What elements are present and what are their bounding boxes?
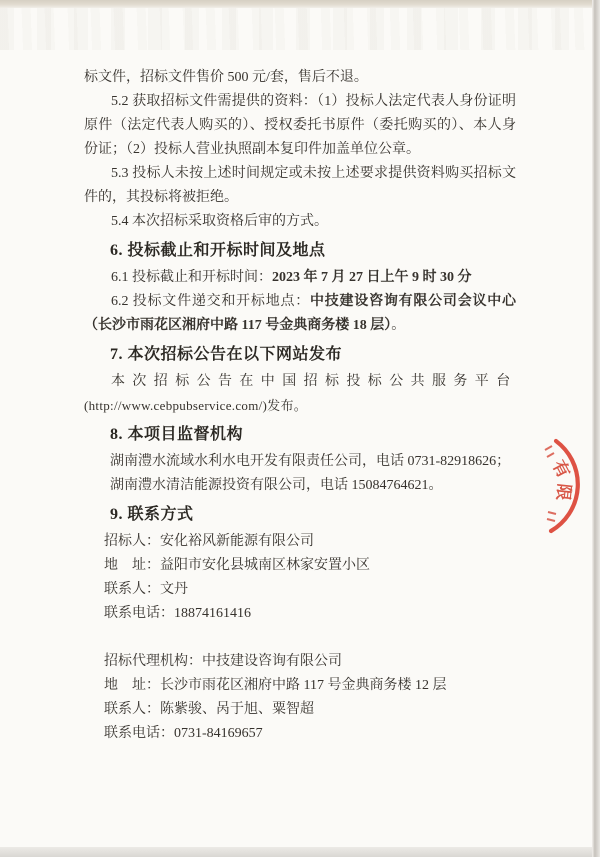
- text-run: 8. 本项目监督机构: [110, 426, 243, 443]
- clause-6-1: 6.1 投标截止和开标时间：2023 年 7 月 27 日上午 9 时 30 分: [84, 266, 516, 290]
- text-run: 2023 年 7 月 27 日上午 9 时 30 分: [272, 270, 472, 285]
- text-run: 标文件，招标文件售价 500 元/套，售后不退。: [84, 70, 368, 85]
- section-heading-6: 6. 投标截止和开标时间及地点: [84, 239, 516, 263]
- document-body: 标文件，招标文件售价 500 元/套，售后不退。5.2 获取招标文件需提供的资料…: [84, 66, 516, 746]
- clause-5-3: 5.3 投标人未按上述时间规定或未按上述要求提供资料购买招标文件的，其投标将被拒…: [84, 162, 516, 210]
- text-run: 联系人：陈紫骏、呙于旭、粟智超: [104, 702, 314, 717]
- text-run: 联系电话：18874161416: [104, 606, 251, 621]
- text-run: 5.3 投标人未按上述时间规定或未按上述要求提供资料购买招标文件的，其投标将被拒…: [84, 166, 516, 205]
- publish-platform-line: 本次招标公告在中国招标投标公共服务平台: [84, 370, 516, 394]
- text-run: 湖南澧水清洁能源投资有限公司，电话 15084764621。: [110, 478, 443, 493]
- supervisor-1: 湖南澧水流域水利水电开发有限责任公司，电话 0731-82918626；: [84, 450, 516, 474]
- supervisor-2: 湖南澧水清洁能源投资有限公司，电话 15084764621。: [84, 474, 516, 498]
- text-run: (http://www.cebpubservice.com/)发布。: [84, 398, 307, 413]
- text-run: 招标人：安化裕风新能源有限公司: [104, 534, 314, 549]
- text-run: 6.1 投标截止和开标时间：: [111, 270, 272, 285]
- doc-line-continuation: 标文件，招标文件售价 500 元/套，售后不退。: [84, 66, 516, 90]
- seal-char-2: 限: [553, 483, 574, 502]
- section-heading-9: 9. 联系方式: [84, 503, 516, 527]
- tenderer-name: 招标人：安化裕风新能源有限公司: [84, 530, 516, 554]
- text-run: 本次招标公告在中国招标投标公共服务平台: [111, 374, 518, 389]
- text-run: 地 址：益阳市安化县城南区林家安置小区: [104, 558, 370, 573]
- publish-url-line: (http://www.cebpubservice.com/)发布。: [84, 394, 516, 418]
- clause-5-4: 5.4 本次招标采取资格后审的方式。: [84, 210, 516, 234]
- partial-red-seal: 有 限: [520, 424, 600, 540]
- text-run: 6. 投标截止和开标时间及地点: [110, 242, 326, 259]
- text-run: 湖南澧水流域水利水电开发有限责任公司，电话 0731-82918626；: [110, 454, 510, 469]
- seal-fragment-strokes-bottom: [547, 512, 556, 521]
- scan-edge-top: [0, 0, 600, 8]
- section-heading-8: 8. 本项目监督机构: [84, 423, 516, 447]
- tenderer-contact-person: 联系人：文丹: [84, 578, 516, 602]
- text-run: 9. 联系方式: [110, 506, 194, 523]
- tenderer-address: 地 址：益阳市安化县城南区林家安置小区: [84, 554, 516, 578]
- text-run: 5.2 获取招标文件需提供的资料：（1）投标人法定代表人身份证明原件（法定代表人…: [84, 94, 516, 157]
- text-run: 6.2 投标文件递交和开标地点：: [111, 294, 310, 309]
- scan-noise-band: [0, 8, 592, 50]
- text-run: 联系电话：0731-84169657: [104, 726, 263, 741]
- section-heading-7: 7. 本次招标公告在以下网站发布: [84, 343, 516, 367]
- text-run: 7. 本次招标公告在以下网站发布: [110, 346, 342, 363]
- clause-6-2: 6.2 投标文件递交和开标地点：中技建设咨询有限公司会议中心（长沙市雨花区湘府中…: [84, 290, 516, 338]
- clause-5-2: 5.2 获取招标文件需提供的资料：（1）投标人法定代表人身份证明原件（法定代表人…: [84, 90, 516, 162]
- text-run: 地 址：长沙市雨花区湘府中路 117 号金典商务楼 12 层: [104, 678, 446, 693]
- seal-fragment-strokes-top: [545, 446, 554, 457]
- agency-name: 招标代理机构：中技建设咨询有限公司: [84, 650, 516, 674]
- tenderer-phone: 联系电话：18874161416: [84, 602, 516, 626]
- scan-edge-bottom: [0, 847, 592, 857]
- agency-address: 地 址：长沙市雨花区湘府中路 117 号金典商务楼 12 层: [84, 674, 516, 698]
- agency-contact-person: 联系人：陈紫骏、呙于旭、粟智超: [84, 698, 516, 722]
- text-run: 5.4 本次招标采取资格后审的方式。: [111, 214, 328, 229]
- text-run: 招标代理机构：中技建设咨询有限公司: [104, 654, 342, 669]
- text-run: 。: [391, 318, 405, 333]
- agency-phone: 联系电话：0731-84169657: [84, 722, 516, 746]
- text-run: 联系人：文丹: [104, 582, 188, 597]
